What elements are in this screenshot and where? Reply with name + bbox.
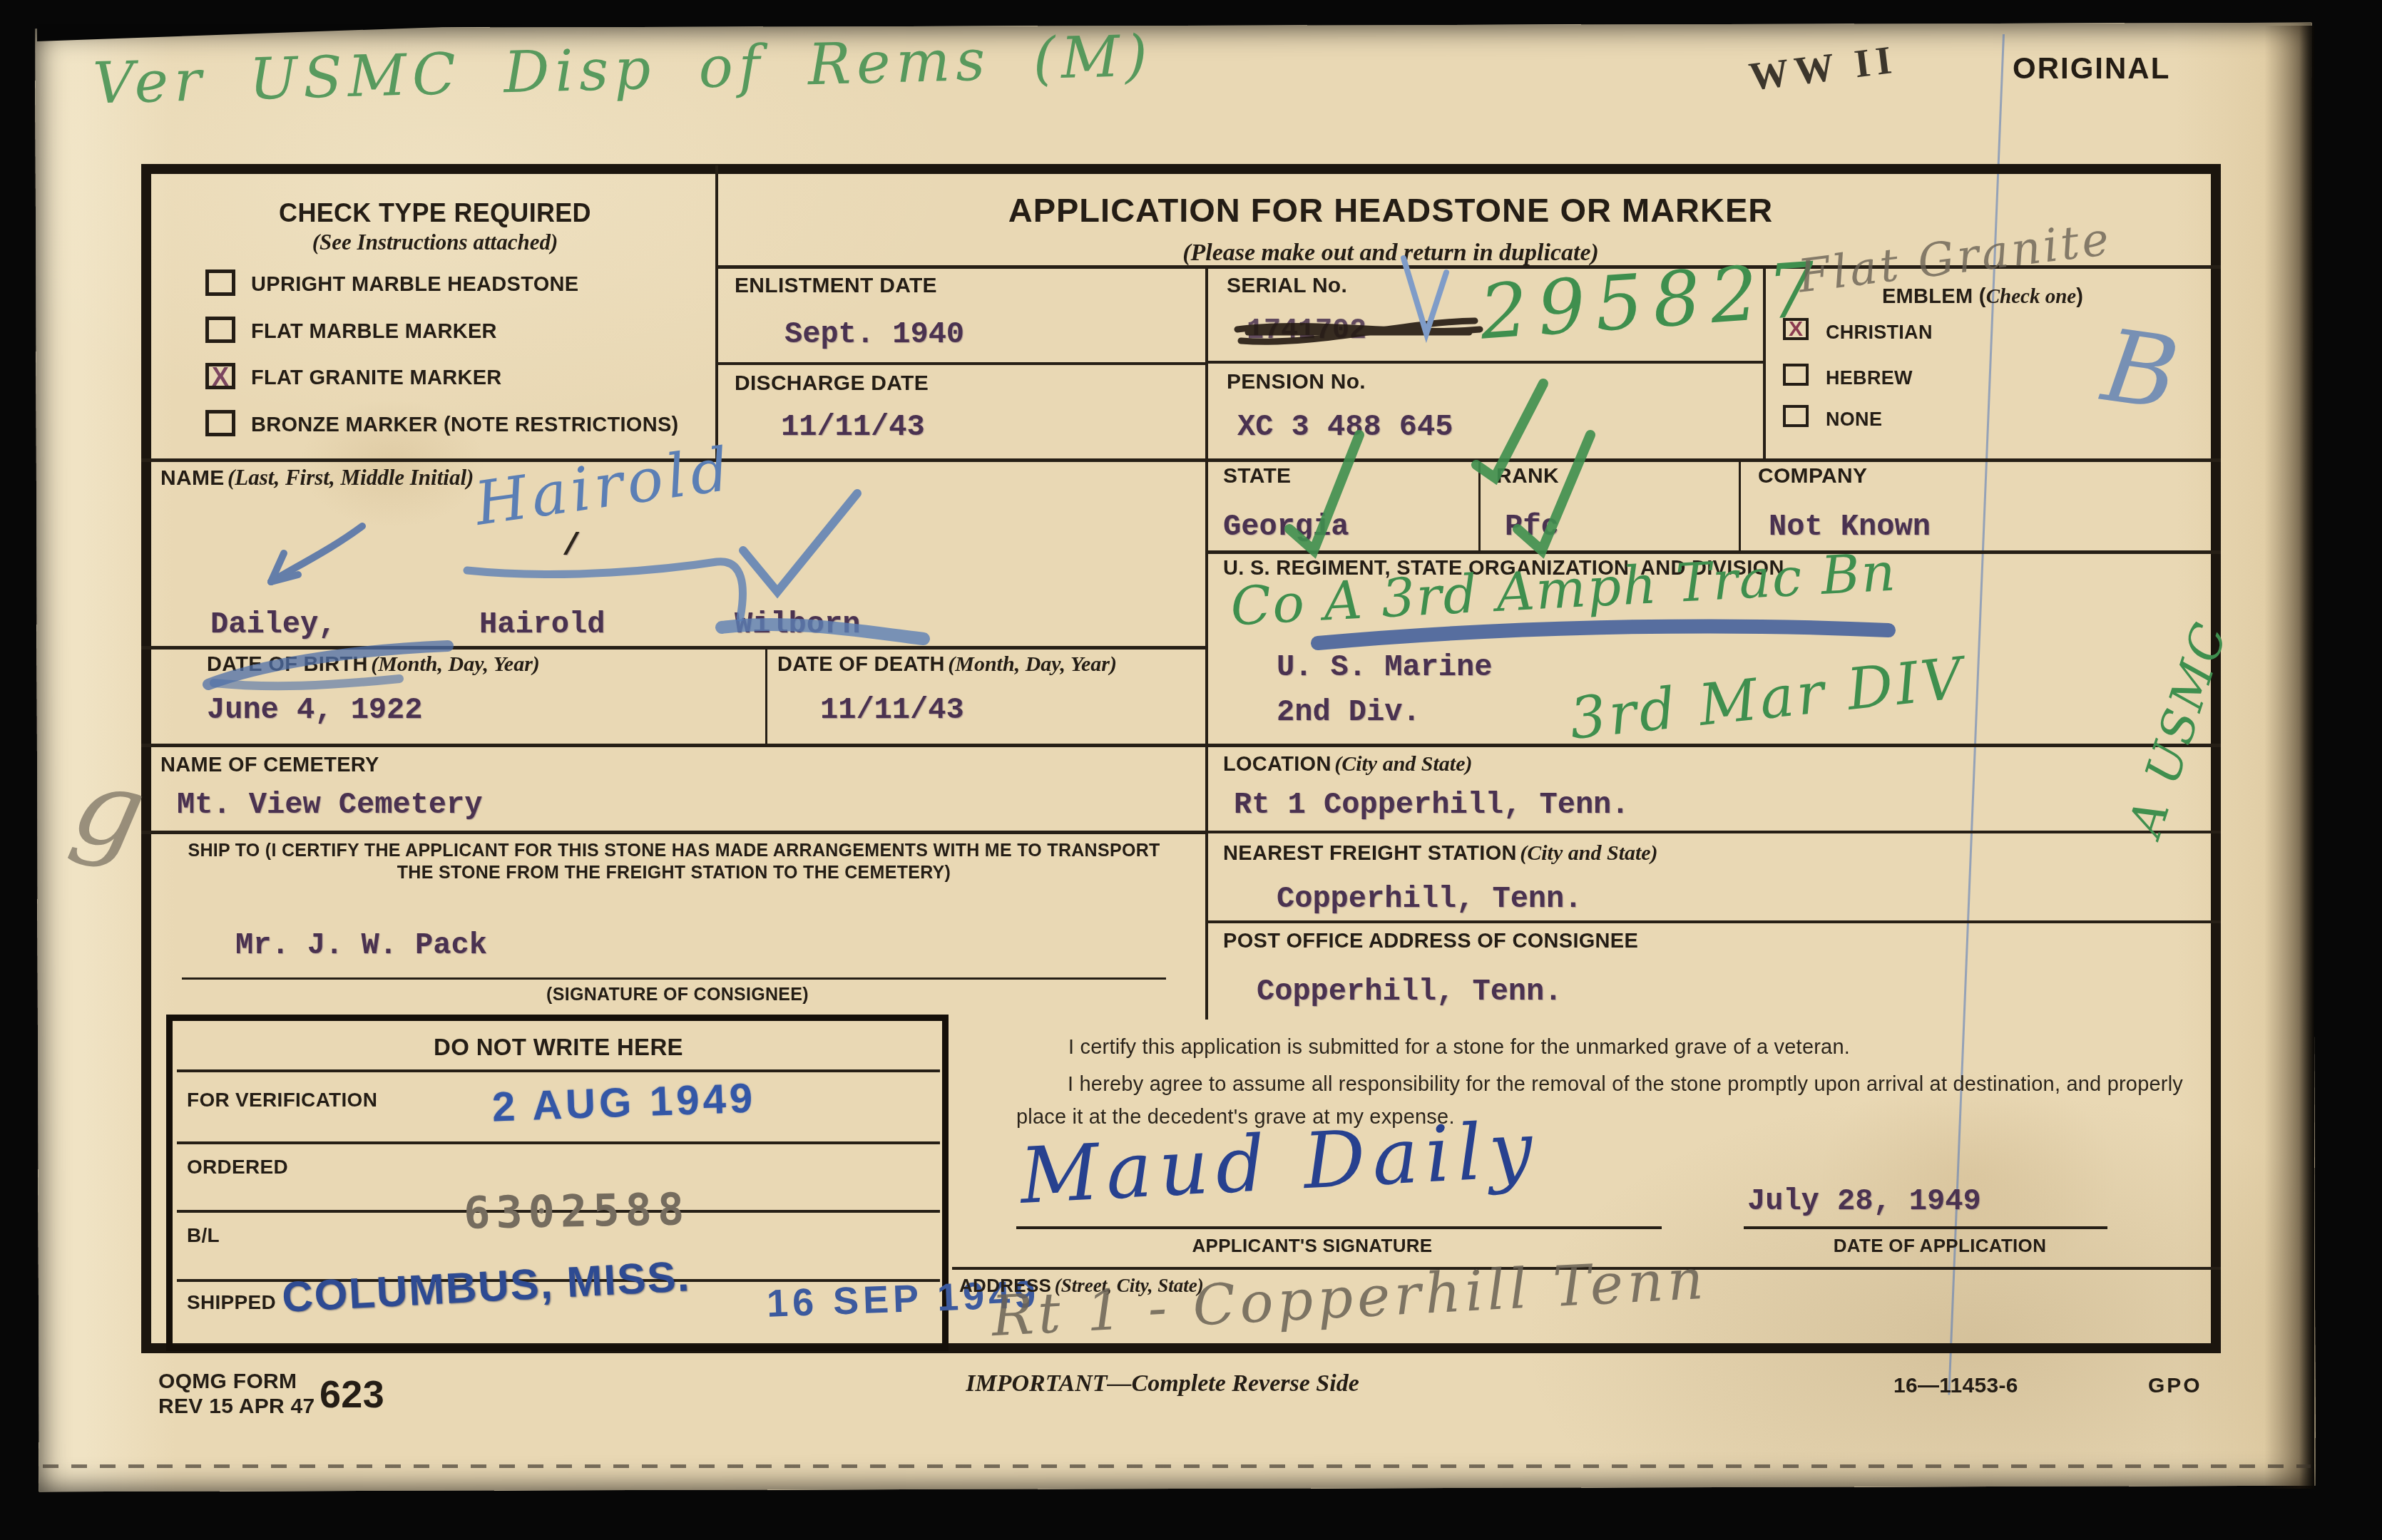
company-label: COMPANY bbox=[1758, 465, 1867, 488]
enlistment-label: ENLISTMENT DATE bbox=[735, 274, 937, 297]
ship-to-label-line1: SHIP TO (I CERTIFY THE APPLICANT FOR THI… bbox=[160, 841, 1187, 860]
location-label: LOCATION (City and State) bbox=[1223, 752, 1472, 776]
checkbox-upright-marble bbox=[205, 269, 235, 296]
divider bbox=[1739, 458, 1741, 550]
footer-form-rev: REV 15 APR 47 bbox=[158, 1395, 315, 1418]
pension-label: PENSION No. bbox=[1227, 371, 1366, 394]
footer-gpo: GPO bbox=[2148, 1375, 2202, 1397]
name-label-detail: (Last, First, Middle Initial) bbox=[228, 465, 474, 490]
footer-print-code: 16—11453-6 bbox=[1893, 1375, 2018, 1397]
state-value: Georgia bbox=[1223, 512, 1349, 542]
pension-value: XC 3 488 645 bbox=[1237, 412, 1453, 442]
post-office-value: Copperhill, Tenn. bbox=[1257, 977, 1562, 1007]
location-value: Rt 1 Copperhill, Tenn. bbox=[1234, 790, 1630, 820]
state-label: STATE bbox=[1223, 465, 1291, 488]
bl-label: B/L bbox=[187, 1225, 220, 1246]
rule bbox=[141, 458, 2221, 462]
option-label: HEBREW bbox=[1826, 368, 1913, 388]
paper-right-edge-shadow bbox=[2264, 26, 2314, 1489]
checkbox-none bbox=[1783, 405, 1809, 427]
consignee-value: Mr. J. W. Pack bbox=[235, 930, 487, 960]
check-mark: X bbox=[1786, 321, 1806, 338]
name-first-value: Hairold bbox=[479, 610, 605, 640]
rank-label: RANK bbox=[1496, 465, 1559, 488]
discharge-label: DISCHARGE DATE bbox=[735, 372, 929, 395]
check-type-heading: CHECK TYPE REQUIRED bbox=[160, 200, 710, 227]
divider bbox=[765, 647, 767, 745]
freight-value: Copperhill, Tenn. bbox=[1277, 884, 1582, 914]
discharge-value: 11/11/43 bbox=[781, 412, 925, 442]
check-type-subheading: (See Instructions attached) bbox=[160, 230, 710, 255]
rule bbox=[177, 1141, 940, 1144]
dod-label-main: DATE OF DEATH bbox=[777, 653, 945, 676]
insert-mark: / bbox=[562, 531, 581, 563]
freight-label-main: NEAREST FREIGHT STATION bbox=[1223, 842, 1517, 865]
cemetery-label: NAME OF CEMETERY bbox=[160, 754, 379, 776]
name-last-value: Dailey, bbox=[210, 610, 336, 640]
blue-b-mark: B bbox=[2097, 317, 2184, 426]
serial-label: SERIAL No. bbox=[1227, 274, 1347, 297]
option-label: CHRISTIAN bbox=[1826, 322, 1933, 342]
consignee-signature-label: (SIGNATURE OF CONSIGNEE) bbox=[428, 985, 927, 1004]
applicant-signature-line bbox=[1016, 1226, 1662, 1229]
name-label: NAME (Last, First, Middle Initial) bbox=[160, 465, 474, 491]
rule bbox=[177, 1069, 940, 1072]
perforation-edge bbox=[43, 1464, 2311, 1468]
option-label: FLAT MARBLE MARKER bbox=[251, 321, 497, 342]
footer-form-number: 623 bbox=[320, 1375, 384, 1415]
rule bbox=[141, 744, 2221, 747]
divider bbox=[715, 165, 718, 458]
ordered-label: ORDERED bbox=[187, 1156, 288, 1177]
checkbox-bronze bbox=[205, 410, 235, 436]
dob-label-detail: (Month, Day, Year) bbox=[371, 652, 540, 676]
name-middle-value: Wilborn bbox=[735, 610, 860, 640]
emblem-label-italic: Check one bbox=[1986, 285, 2076, 308]
application-date-value: July 28, 1949 bbox=[1747, 1186, 1981, 1216]
shipped-label: SHIPPED bbox=[187, 1292, 276, 1313]
check-mark: X bbox=[209, 366, 232, 388]
original-label: ORIGINAL bbox=[2013, 53, 2170, 84]
ship-to-label-line2: THE STONE FROM THE FREIGHT STATION TO TH… bbox=[160, 863, 1187, 882]
rank-value: Pfc bbox=[1505, 512, 1559, 542]
dob-value: June 4, 1922 bbox=[207, 695, 422, 725]
divider bbox=[1205, 265, 1208, 1020]
dob-label: DATE OF BIRTH (Month, Day, Year) bbox=[207, 652, 540, 677]
option-label: UPRIGHT MARBLE HEADSTONE bbox=[251, 274, 578, 295]
freight-label-detail: (City and State) bbox=[1520, 841, 1657, 865]
company-value: Not Known bbox=[1769, 512, 1931, 542]
date-line bbox=[1744, 1226, 2107, 1229]
certification-para1: I certify this application is submitted … bbox=[1068, 1031, 2217, 1064]
serial-typed-value: 1741702 bbox=[1247, 317, 1366, 346]
footer-form-org: OQMG FORM bbox=[158, 1370, 297, 1393]
verification-date-stamp: 2 AUG 1949 bbox=[491, 1078, 757, 1129]
rule bbox=[1205, 920, 2221, 923]
option-label: FLAT GRANITE MARKER bbox=[251, 367, 502, 389]
dod-label: DATE OF DEATH (Month, Day, Year) bbox=[777, 652, 1117, 677]
rule bbox=[1205, 361, 1766, 364]
rule bbox=[715, 362, 1208, 365]
divider bbox=[1478, 458, 1481, 550]
applicant-signature-label: APPLICANT'S SIGNATURE bbox=[1141, 1236, 1483, 1256]
scanned-form-page: Ver USMC Disp of Rems (M) WW II ORIGINAL… bbox=[0, 0, 2382, 1540]
enlistment-value: Sept. 1940 bbox=[784, 319, 964, 349]
checkbox-flat-granite: X bbox=[205, 363, 235, 389]
footer-important: IMPORTANT—Complete Reverse Side bbox=[842, 1370, 1483, 1397]
application-date-label: DATE OF APPLICATION bbox=[1769, 1236, 2111, 1256]
consignee-signature-line bbox=[182, 977, 1166, 980]
freight-label: NEAREST FREIGHT STATION (City and State) bbox=[1223, 841, 1658, 866]
form-title: APPLICATION FOR HEADSTONE OR MARKER bbox=[720, 192, 2061, 227]
option-label: NONE bbox=[1826, 409, 1882, 429]
dod-value: 11/11/43 bbox=[820, 695, 964, 725]
rule bbox=[141, 646, 1208, 650]
bl-number-stamp: 6302588 bbox=[463, 1187, 690, 1236]
emblem-label-post: ) bbox=[2076, 285, 2083, 308]
option-label: BRONZE MARKER (NOTE RESTRICTIONS) bbox=[251, 414, 679, 436]
dob-label-main: DATE OF BIRTH bbox=[207, 653, 368, 676]
dod-label-detail: (Month, Day, Year) bbox=[948, 652, 1117, 676]
checkbox-hebrew bbox=[1783, 364, 1809, 386]
serial-handwritten-value: 295827 bbox=[1478, 252, 1828, 351]
rule bbox=[141, 831, 1208, 834]
rule bbox=[1205, 831, 2221, 833]
checkbox-christian: X bbox=[1783, 318, 1809, 340]
verification-label: FOR VERIFICATION bbox=[187, 1089, 377, 1110]
dnw-title: DO NOT WRITE HERE bbox=[177, 1035, 940, 1060]
cemetery-value: Mt. View Cemetery bbox=[177, 790, 482, 820]
name-label-main: NAME bbox=[160, 466, 225, 490]
regiment-line2: 2nd Div. bbox=[1277, 697, 1421, 727]
checkbox-flat-marble bbox=[205, 317, 235, 343]
location-label-main: LOCATION bbox=[1223, 753, 1331, 776]
post-office-label: POST OFFICE ADDRESS OF CONSIGNEE bbox=[1223, 930, 1638, 952]
regiment-line1: U. S. Marine bbox=[1277, 652, 1492, 682]
location-label-detail: (City and State) bbox=[1334, 752, 1472, 776]
